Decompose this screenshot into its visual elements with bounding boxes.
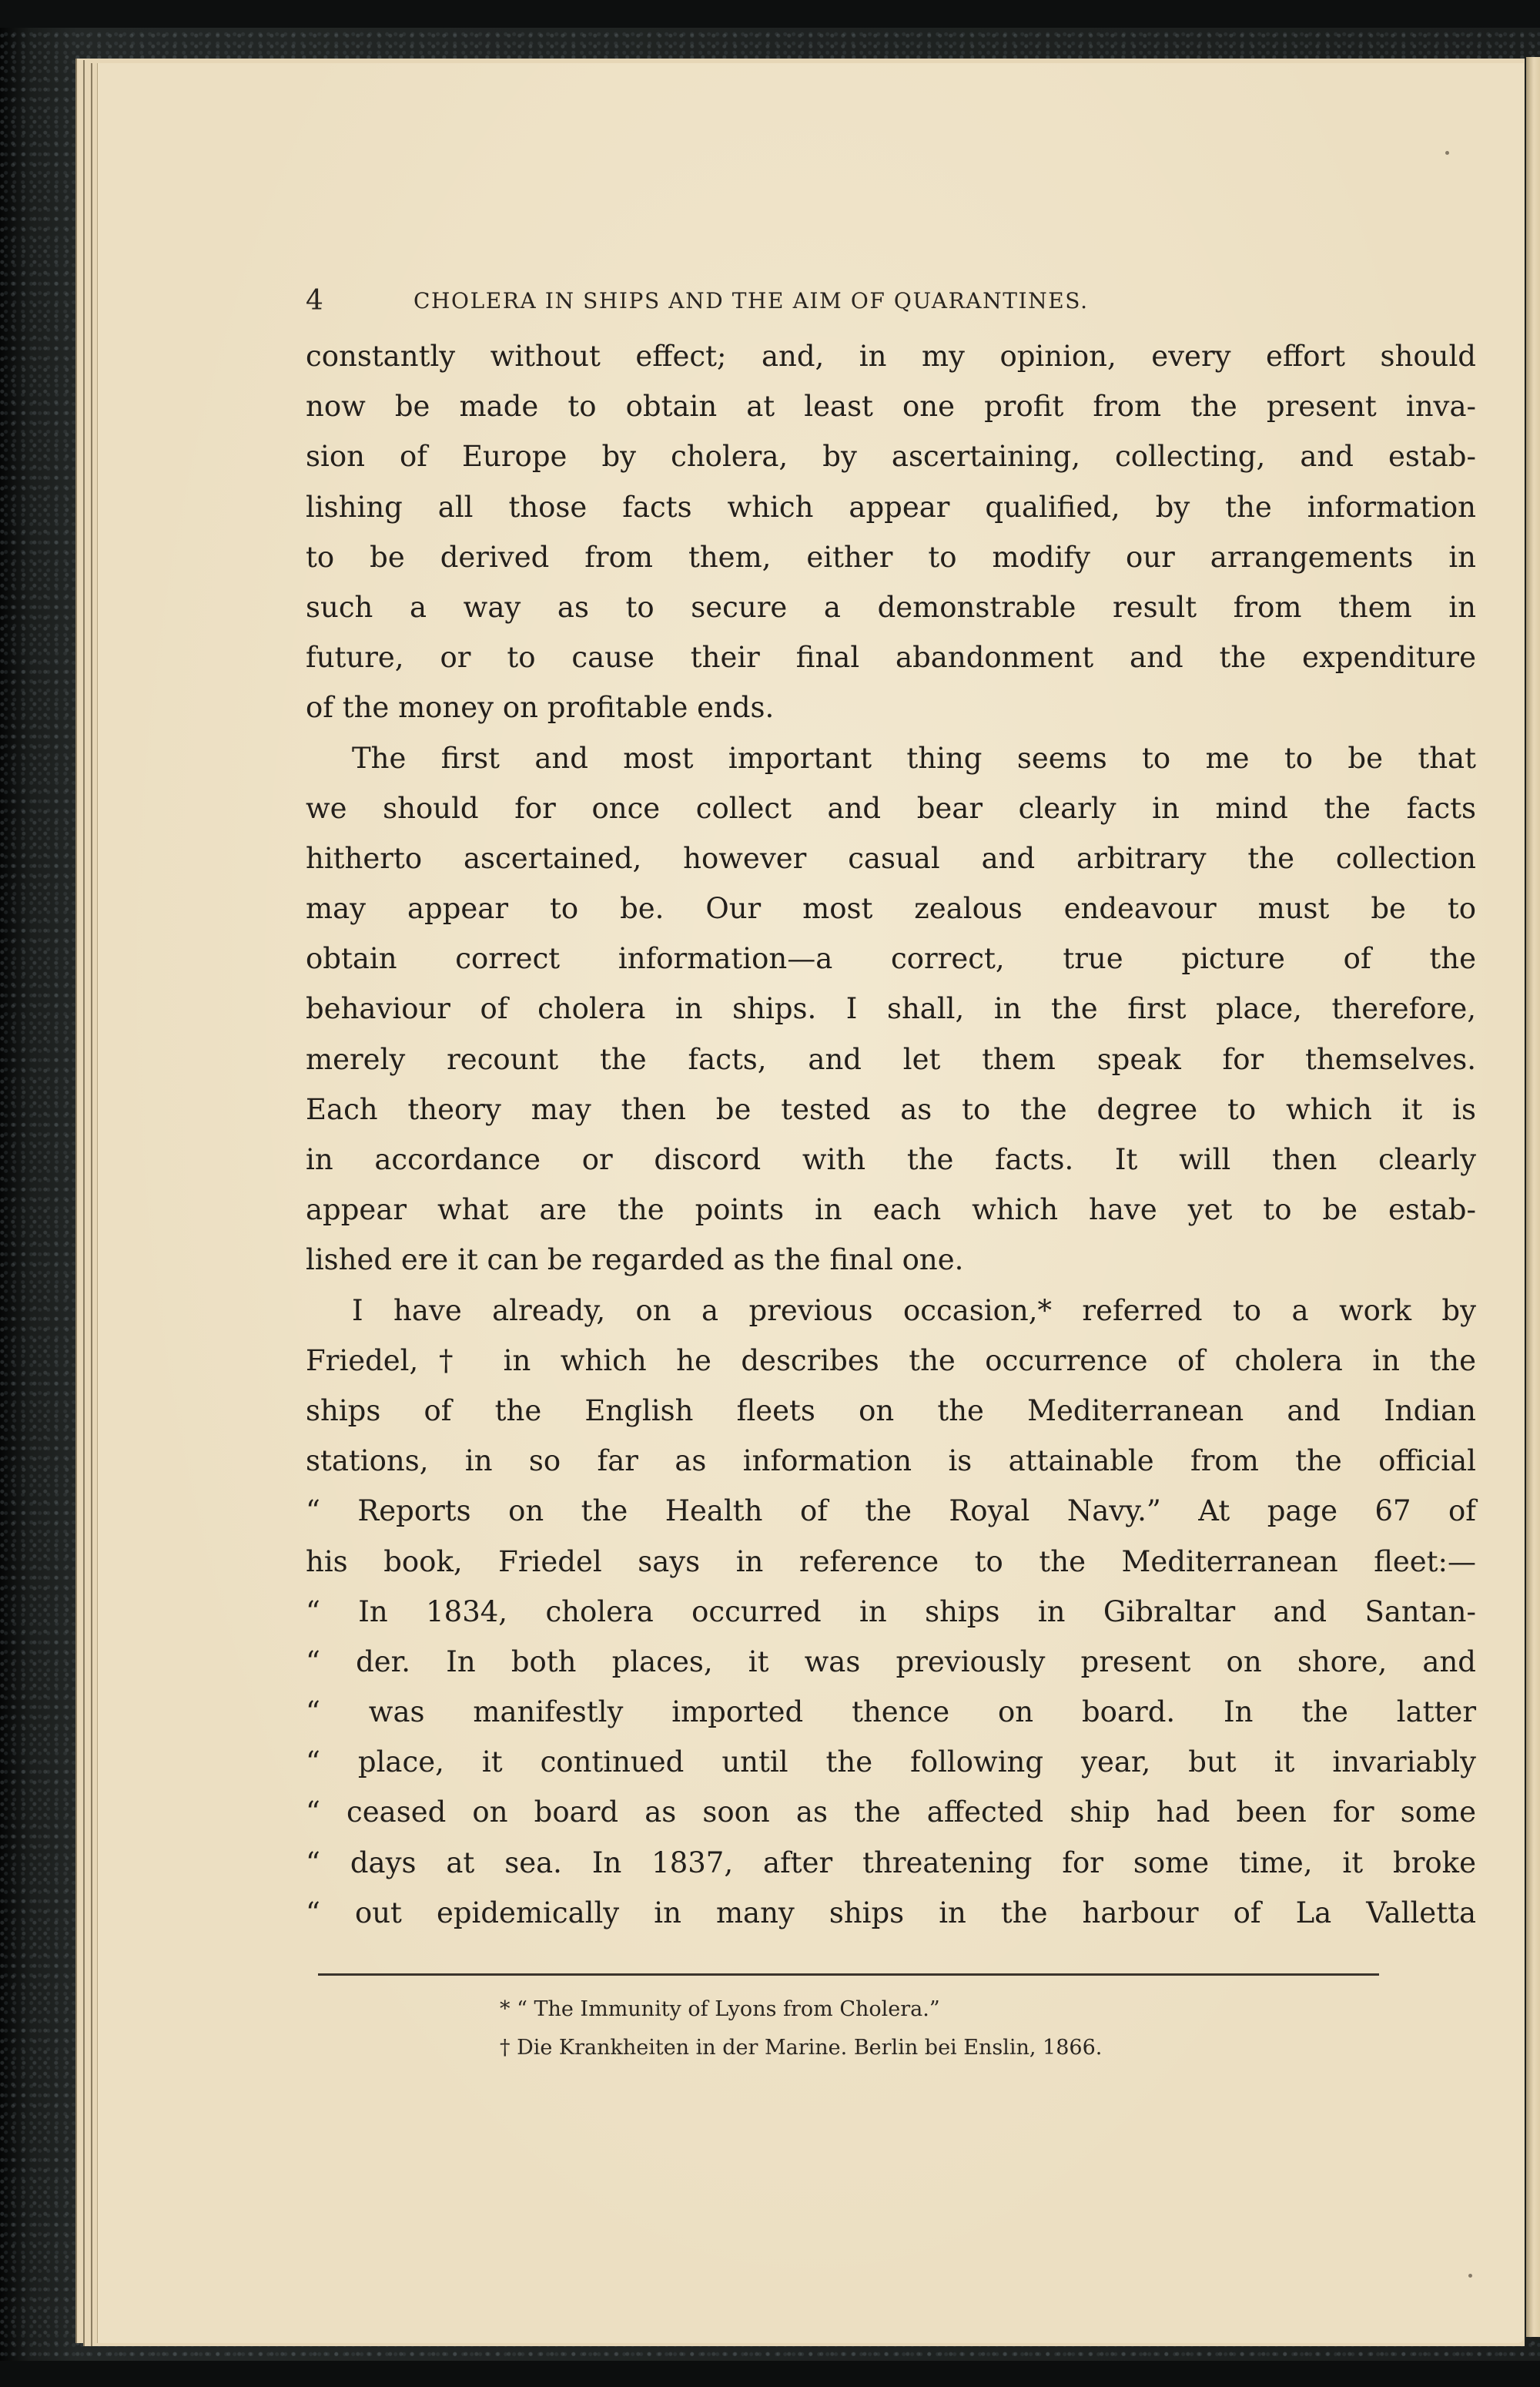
text-line: ships of the English fleets on the Medit… xyxy=(306,1386,1476,1436)
text-line: “ place, it continued until the followin… xyxy=(306,1737,1476,1787)
text-line: constantly without effect; and, in my op… xyxy=(306,331,1476,381)
text-line: The first and most important thing seems… xyxy=(306,733,1476,783)
text-line: I have already, on a previous occasion,*… xyxy=(306,1286,1476,1336)
text-line: sion of Europe by cholera, by ascertaini… xyxy=(306,431,1476,481)
text-line: Each theory may then be tested as to the… xyxy=(306,1085,1476,1135)
footnote-dagger: † Die Krankheiten in der Marine. Berlin … xyxy=(500,2029,1102,2067)
text-line: appear what are the points in each which… xyxy=(306,1185,1476,1235)
binding-bottom-edge xyxy=(0,2361,1540,2387)
text-line: merely recount the facts, and let them s… xyxy=(306,1034,1476,1085)
text-line: behaviour of cholera in ships. I shall, … xyxy=(306,984,1476,1034)
text-line: “ days at sea. In 1837, after threatenin… xyxy=(306,1838,1476,1888)
text-line: lishing all those facts which appear qua… xyxy=(306,482,1476,532)
paper-speck xyxy=(1445,151,1449,155)
running-title: CHOLERA IN SHIPS AND THE AIM OF QUARANTI… xyxy=(413,288,1089,313)
binding-top-edge xyxy=(0,0,1540,28)
body-text: constantly without effect; and, in my op… xyxy=(306,331,1476,1938)
text-line: such a way as to secure a demonstrable r… xyxy=(306,582,1476,632)
text-line: we should for once collect and bear clea… xyxy=(306,783,1476,833)
book-page: 4 CHOLERA IN SHIPS AND THE AIM OF QUARAN… xyxy=(97,63,1524,2343)
footnote-divider xyxy=(318,1973,1379,1976)
running-head: 4 CHOLERA IN SHIPS AND THE AIM OF QUARAN… xyxy=(306,285,1461,324)
text-line: Friedel,† in which he describes the occu… xyxy=(306,1336,1476,1386)
text-line: now be made to obtain at least one profi… xyxy=(306,381,1476,431)
text-line: future, or to cause their final abandonm… xyxy=(306,632,1476,682)
paragraph: The first and most important thing seems… xyxy=(306,733,1476,1286)
text-line: his book, Friedel says in reference to t… xyxy=(306,1537,1476,1587)
paragraph: I have already, on a previous occasion,*… xyxy=(306,1286,1476,1938)
text-line: “ In 1834, cholera occurred in ships in … xyxy=(306,1587,1476,1637)
text-line: may appear to be. Our most zealous endea… xyxy=(306,883,1476,934)
text-line: “ was manifestly imported thence on boar… xyxy=(306,1687,1476,1737)
paragraph: constantly without effect; and, in my op… xyxy=(306,331,1476,733)
text-line: lished ere it can be regarded as the fin… xyxy=(306,1235,1476,1285)
text-line: stations, in so far as information is at… xyxy=(306,1436,1476,1486)
text-line: obtain correct information—a correct, tr… xyxy=(306,934,1476,984)
footnote-asterisk: * “ The Immunity of Lyons from Cholera.” xyxy=(500,1990,1102,2029)
paper-speck xyxy=(1468,2274,1472,2278)
text-line: “ out epidemically in many ships in the … xyxy=(306,1888,1476,1938)
footnotes: * “ The Immunity of Lyons from Cholera.”… xyxy=(500,1990,1102,2067)
text-line: to be derived from them, either to modif… xyxy=(306,532,1476,582)
text-line: of the money on profitable ends. xyxy=(306,682,1476,733)
text-line: “ der. In both places, it was previously… xyxy=(306,1637,1476,1687)
text-line: “ ceased on board as soon as the affecte… xyxy=(306,1787,1476,1837)
text-line: hitherto ascertained, however casual and… xyxy=(306,833,1476,883)
text-line: in accordance or discord with the facts.… xyxy=(306,1135,1476,1185)
page-number: 4 xyxy=(306,285,323,317)
right-page-edges xyxy=(1526,57,1540,2337)
text-line: “ Reports on the Health of the Royal Nav… xyxy=(306,1486,1476,1536)
